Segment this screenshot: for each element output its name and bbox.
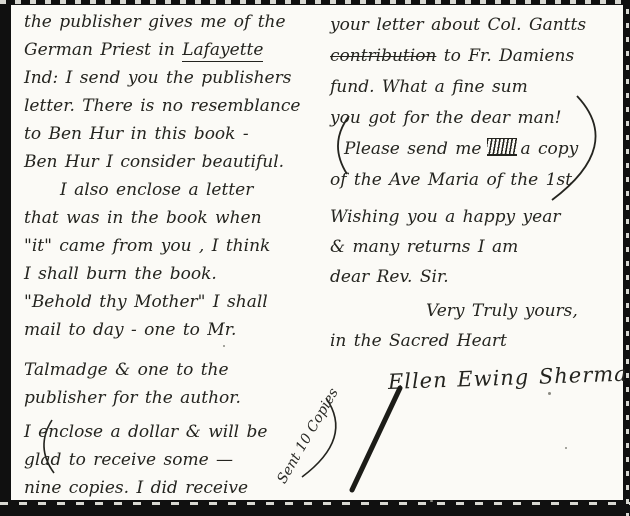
letter-line: glad to receive some — xyxy=(24,446,316,474)
letter-line: I enclose a dollar & will be xyxy=(24,418,316,446)
letter-line: Ben Hur I consider beautiful. xyxy=(24,148,316,176)
scan-speck xyxy=(430,500,433,502)
letter-line: letter. There is no resemblance xyxy=(24,92,316,120)
letter-line: publisher for the author. xyxy=(24,384,316,412)
letter-line: mail to day - one to Mr. xyxy=(24,316,316,344)
letter-line: "Behold thy Mother" I shall xyxy=(24,288,316,316)
crossed-word: contribution xyxy=(330,46,436,66)
letter-line: Please send mea copy xyxy=(330,134,624,165)
scan-edge-top xyxy=(0,0,630,4)
scan-edge-bottom xyxy=(0,502,630,505)
signature: Ellen Ewing Sherman xyxy=(329,359,624,400)
scratched-out-word xyxy=(487,138,517,156)
letter-line: the publisher gives me of the xyxy=(24,8,316,36)
scan-speck xyxy=(548,392,551,395)
scan-edge-right xyxy=(626,0,629,516)
letter-line: "it" came from you , I think xyxy=(24,232,316,260)
closing-line: in the Sacred Heart xyxy=(330,326,624,356)
scan-speck xyxy=(223,345,225,347)
letter-line: Wishing you a happy year xyxy=(330,202,624,232)
letter-line: German Priest in Lafayette xyxy=(24,36,316,64)
letter-line: I shall burn the book. xyxy=(24,260,316,288)
letter-line: Talmadge & one to the xyxy=(24,356,316,384)
letter-line: you got for the dear man! xyxy=(330,103,624,134)
letter-line: & many returns I am xyxy=(330,232,624,262)
letter-line: fund. What a fine sum xyxy=(330,72,624,103)
letter-line: your letter about Col. Gantts xyxy=(330,10,624,41)
letter-left-column: the publisher gives me of the German Pri… xyxy=(24,8,316,502)
closing-line: Very Truly yours, xyxy=(330,296,624,326)
scan-speck xyxy=(565,447,567,449)
letter-line: Ind: I send you the publishers xyxy=(24,64,316,92)
letter-line: contribution to Fr. Damiens xyxy=(330,41,624,72)
letter-line: I also enclose a letter xyxy=(24,176,316,204)
letter-line: to Ben Hur in this book - xyxy=(24,120,316,148)
letter-line: nine copies. I did receive xyxy=(24,474,316,502)
letter-scan-page: the publisher gives me of the German Pri… xyxy=(0,0,630,516)
letter-line: dear Rev. Sir. xyxy=(330,262,624,292)
letter-line: of the Ave Maria of the 1st xyxy=(330,165,624,196)
letter-line: that was in the book when xyxy=(24,204,316,232)
underlined-word: Lafayette xyxy=(182,40,263,62)
letter-right-column: your letter about Col. Gantts contributi… xyxy=(330,10,624,400)
